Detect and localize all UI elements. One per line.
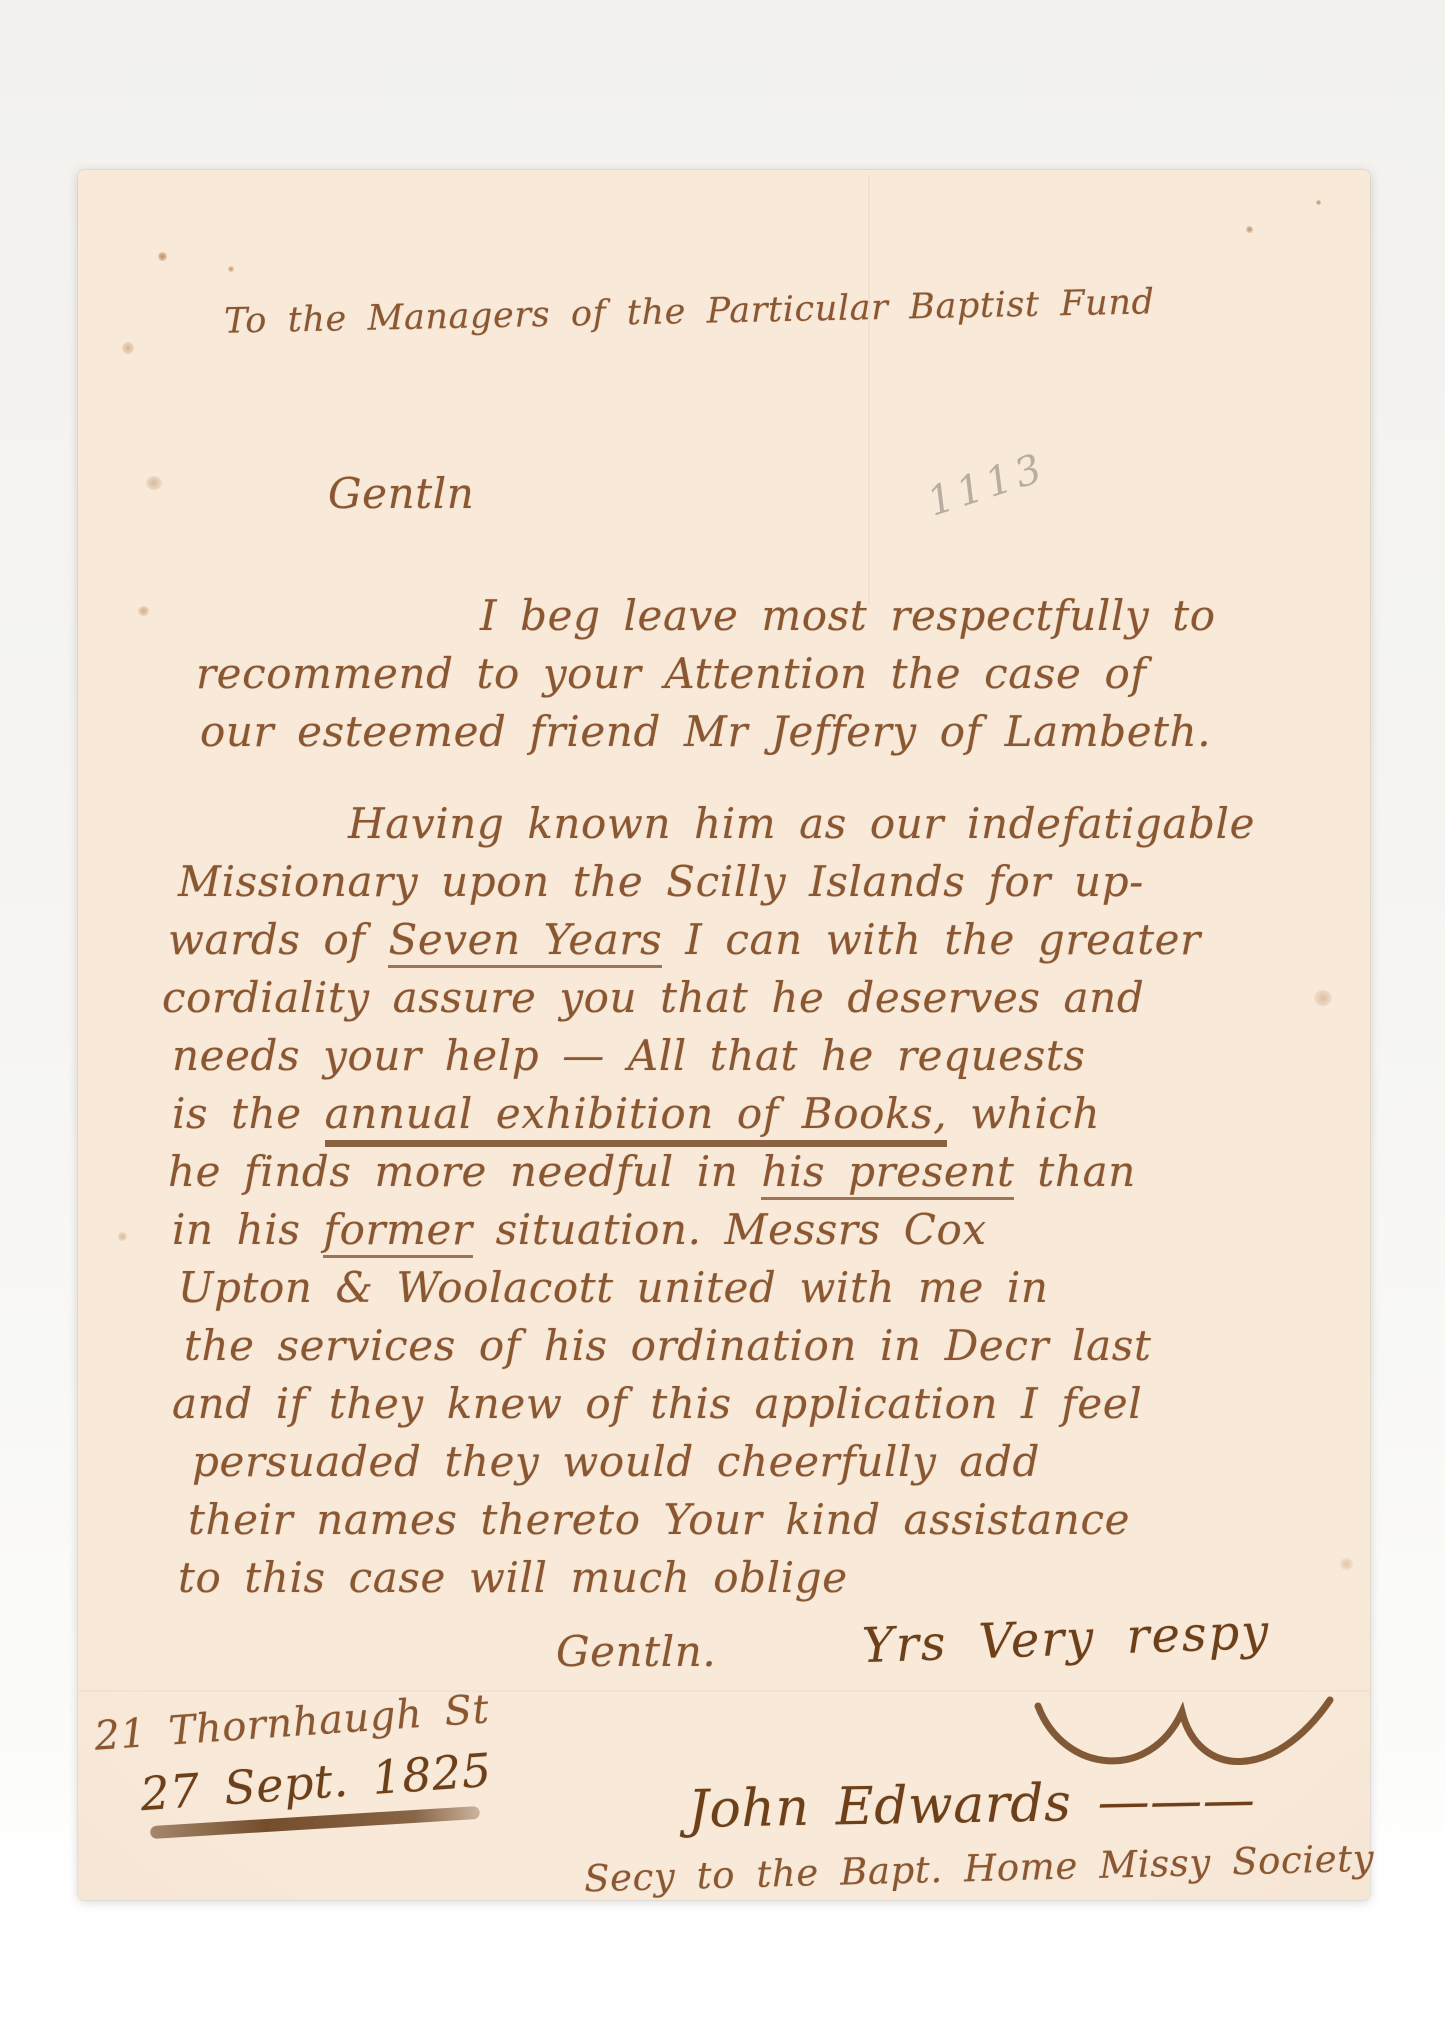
letter-paper: To the Managers of the Particular Baptis… xyxy=(78,170,1370,1900)
closing-valediction: Yrs Very respy xyxy=(861,1605,1271,1674)
body-line: their names thereto Your kind assistance xyxy=(188,1496,1130,1544)
body-line: I beg leave most respectfully to xyxy=(480,592,1216,640)
foxing-spot xyxy=(228,266,234,272)
body-line: Upton & Woolacott united with me in xyxy=(178,1264,1049,1312)
closing-salutation: Gentln. xyxy=(556,1628,716,1676)
body-text: in his xyxy=(172,1205,323,1254)
underlined-text: former xyxy=(323,1205,472,1258)
body-line: the services of his ordination in Decr l… xyxy=(184,1322,1151,1370)
body-text: and if they knew of this application I f… xyxy=(172,1379,1142,1428)
body-line: wards of Seven Years I can with the grea… xyxy=(168,916,1201,964)
body-line: to this case will much oblige xyxy=(178,1554,848,1602)
foxing-spot xyxy=(118,1232,127,1241)
body-line: is the annual exhibition of Books, which xyxy=(172,1090,1100,1138)
body-text: situation. Messrs Cox xyxy=(473,1205,987,1254)
body-text: cordiality assure you that he deserves a… xyxy=(162,973,1144,1022)
foxing-spot xyxy=(122,342,134,354)
address-line: To the Managers of the Particular Baptis… xyxy=(224,282,1155,342)
body-text: is the xyxy=(172,1089,325,1138)
body-text: persuaded they would cheerfully add xyxy=(192,1437,1040,1486)
body-line: needs your help — All that he requests xyxy=(172,1032,1085,1080)
body-line: cordiality assure you that he deserves a… xyxy=(162,974,1144,1022)
foxing-spot xyxy=(1314,990,1332,1006)
foxing-spot xyxy=(1246,226,1253,233)
foxing-spot xyxy=(146,476,162,490)
body-text: wards of xyxy=(168,915,388,964)
body-text: Having known him as our indefatigable xyxy=(348,799,1255,848)
underlined-text: Seven Years xyxy=(388,915,662,968)
underlined-text: annual exhibition of Books, xyxy=(325,1089,948,1147)
paper-crease-vertical xyxy=(868,175,870,605)
body-text: than xyxy=(1014,1147,1135,1196)
body-line: he finds more needful in his present tha… xyxy=(168,1148,1136,1196)
salutation: Gentln xyxy=(328,470,474,518)
body-line: in his former situation. Messrs Cox xyxy=(172,1206,987,1254)
body-line: Having known him as our indefatigable xyxy=(348,800,1255,848)
foxing-spot xyxy=(158,252,167,261)
foxing-spot xyxy=(1316,200,1321,205)
signature: John Edwards ——— xyxy=(688,1771,1256,1841)
foxing-spot xyxy=(138,606,149,616)
body-text: to this case will much oblige xyxy=(178,1553,848,1602)
pencil-number: 1113 xyxy=(922,444,1052,525)
body-line: recommend to your Attention the case of xyxy=(196,650,1146,698)
body-text: the services of his ordination in Decr l… xyxy=(184,1321,1151,1370)
foxing-spot xyxy=(1340,1558,1353,1570)
body-line: persuaded they would cheerfully add xyxy=(192,1438,1040,1486)
body-text: he finds more needful in xyxy=(168,1147,761,1196)
body-text: I can with the greater xyxy=(662,915,1201,964)
body-text: their names thereto Your kind assistance xyxy=(188,1495,1130,1544)
photo: { "photo": { "colors": { "backdrop": "#f… xyxy=(0,0,1445,2023)
body-line: Missionary upon the Scilly Islands for u… xyxy=(178,858,1144,906)
body-text: Missionary upon the Scilly Islands for u… xyxy=(178,857,1144,906)
underlined-text: his present xyxy=(761,1147,1014,1200)
body-line: our esteemed friend Mr Jeffery of Lambet… xyxy=(200,708,1211,756)
body-text: needs your help — All that he requests xyxy=(172,1031,1085,1080)
body-line: and if they knew of this application I f… xyxy=(172,1380,1142,1428)
body-text: Upton & Woolacott united with me in xyxy=(178,1263,1049,1312)
body-text: which xyxy=(947,1089,1100,1138)
signature-title: Secy to the Bapt. Home Missy Society xyxy=(584,1838,1375,1901)
